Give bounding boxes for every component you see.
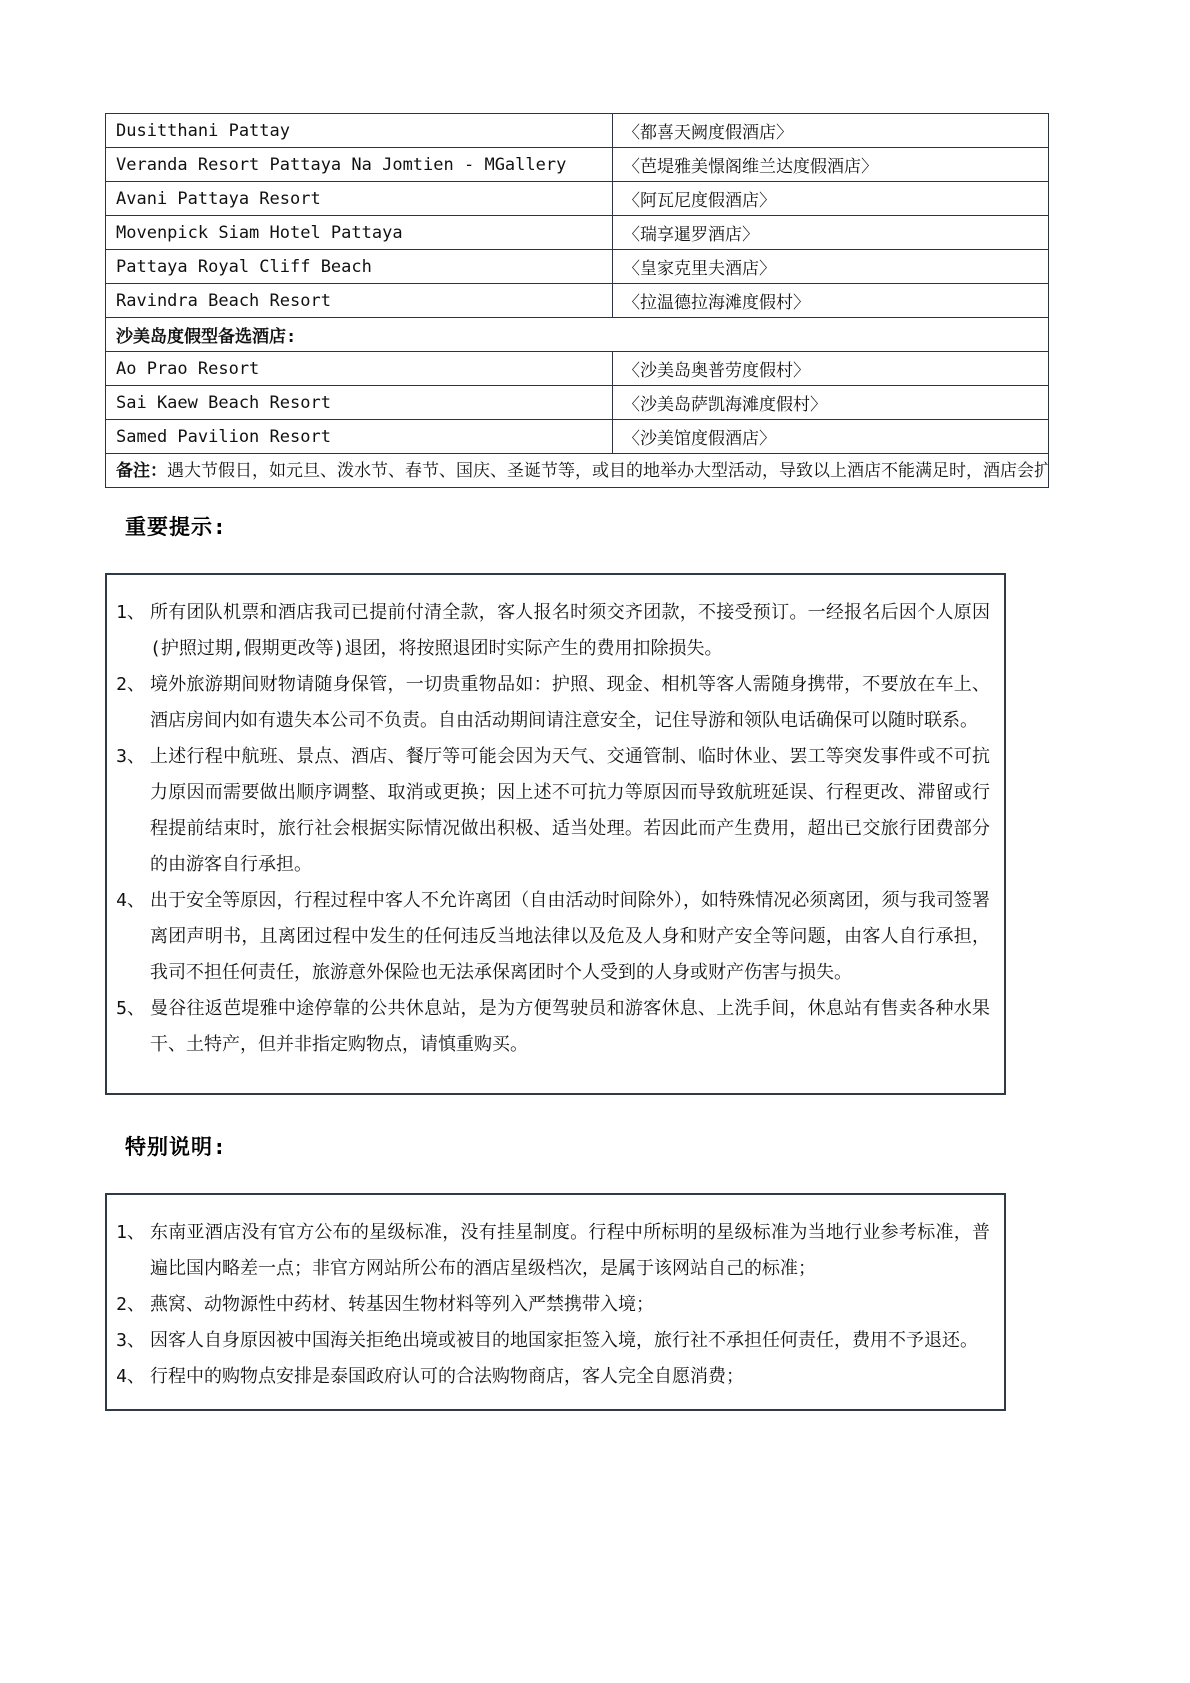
special-notes-title: 特别说明: [125, 1131, 1010, 1161]
note-text: 遇大节假日，如元旦、泼水节、春节、国庆、圣诞节等，或目的地举办大型活动，导致以上… [167, 461, 1049, 481]
hotel-name-cn: 〈都喜天阙度假酒店〉 [613, 114, 1049, 148]
list-item: 1、 所有团队机票和酒店我司已提前付清全款，客人报名时须交齐团款，不接受预订。一… [113, 595, 990, 667]
table-row: Pattaya Royal Cliff Beach 〈皇家克里夫酒店〉 [106, 250, 1049, 284]
item-text: 所有团队机票和酒店我司已提前付清全款，客人报名时须交齐团款，不接受预订。一经报名… [150, 595, 990, 667]
hotel-name-en: Ravindra Beach Resort [106, 284, 613, 318]
hotel-name-en: Avani Pattaya Resort [106, 182, 613, 216]
table-row: Sai Kaew Beach Resort 〈沙美岛萨凯海滩度假村〉 [106, 386, 1049, 420]
note-label: 备注： [116, 461, 167, 481]
hotel-name-cn: 〈沙美岛萨凯海滩度假村〉 [613, 386, 1049, 420]
hotel-name-cn: 〈皇家克里夫酒店〉 [613, 250, 1049, 284]
list-item: 2、 境外旅游期间财物请随身保管，一切贵重物品如：护照、现金、相机等客人需随身携… [113, 667, 990, 739]
table-row: Samed Pavilion Resort 〈沙美馆度假酒店〉 [106, 420, 1049, 454]
item-text: 上述行程中航班、景点、酒店、餐厅等可能会因为天气、交通管制、临时休业、罢工等突发… [150, 739, 990, 883]
item-number: 2、 [113, 1287, 150, 1323]
hotel-name-cn: 〈拉温德拉海滩度假村〉 [613, 284, 1049, 318]
table-row: Movenpick Siam Hotel Pattaya 〈瑞享暹罗酒店〉 [106, 216, 1049, 250]
item-number: 4、 [113, 1359, 150, 1395]
hotel-name-cn: 〈芭堤雅美憬阁维兰达度假酒店〉 [613, 148, 1049, 182]
table-section-header-row: 沙美岛度假型备选酒店: [106, 318, 1049, 352]
important-notice-box: 1、 所有团队机票和酒店我司已提前付清全款，客人报名时须交齐团款，不接受预订。一… [105, 573, 1006, 1095]
item-text: 行程中的购物点安排是泰国政府认可的合法购物商店，客人完全自愿消费； [150, 1359, 990, 1395]
item-text: 燕窝、动物源性中药材、转基因生物材料等列入严禁携带入境； [150, 1287, 990, 1323]
table-row: Ravindra Beach Resort 〈拉温德拉海滩度假村〉 [106, 284, 1049, 318]
item-text: 境外旅游期间财物请随身保管，一切贵重物品如：护照、现金、相机等客人需随身携带，不… [150, 667, 990, 739]
hotel-name-en: Ao Prao Resort [106, 352, 613, 386]
item-number: 3、 [113, 739, 150, 883]
hotel-name-en: Samed Pavilion Resort [106, 420, 613, 454]
hotel-name-en: Dusitthani Pattay [106, 114, 613, 148]
list-item: 4、 出于安全等原因，行程过程中客人不允许离团（自由活动时间除外），如特殊情况必… [113, 883, 990, 991]
note-cell: 备注：遇大节假日，如元旦、泼水节、春节、国庆、圣诞节等，或目的地举办大型活动，导… [106, 454, 1049, 488]
item-number: 3、 [113, 1323, 150, 1359]
list-item: 3、 因客人自身原因被中国海关拒绝出境或被目的地国家拒签入境，旅行社不承担任何责… [113, 1323, 990, 1359]
item-text: 曼谷往返芭堤雅中途停靠的公共休息站，是为方便驾驶员和游客休息、上洗手间，休息站有… [150, 991, 990, 1063]
item-text: 出于安全等原因，行程过程中客人不允许离团（自由活动时间除外），如特殊情况必须离团… [150, 883, 990, 991]
list-item: 5、 曼谷往返芭堤雅中途停靠的公共休息站，是为方便驾驶员和游客休息、上洗手间，休… [113, 991, 990, 1063]
table-note-row: 备注：遇大节假日，如元旦、泼水节、春节、国庆、圣诞节等，或目的地举办大型活动，导… [106, 454, 1049, 488]
item-number: 1、 [113, 1215, 150, 1287]
important-notice-title: 重要提示: [125, 511, 1010, 541]
item-number: 4、 [113, 883, 150, 991]
hotel-name-en: Sai Kaew Beach Resort [106, 386, 613, 420]
table-row: Dusitthani Pattay 〈都喜天阙度假酒店〉 [106, 114, 1049, 148]
hotel-name-en: Pattaya Royal Cliff Beach [106, 250, 613, 284]
hotel-name-cn: 〈沙美馆度假酒店〉 [613, 420, 1049, 454]
item-number: 2、 [113, 667, 150, 739]
document-page: Dusitthani Pattay 〈都喜天阙度假酒店〉 Veranda Res… [0, 0, 1190, 1683]
list-item: 4、 行程中的购物点安排是泰国政府认可的合法购物商店，客人完全自愿消费； [113, 1359, 990, 1395]
hotel-name-en: Veranda Resort Pattaya Na Jomtien - MGal… [106, 148, 613, 182]
hotel-name-en: Movenpick Siam Hotel Pattaya [106, 216, 613, 250]
item-text: 东南亚酒店没有官方公布的星级标准，没有挂星制度。行程中所标明的星级标准为当地行业… [150, 1215, 990, 1287]
hotel-name-cn: 〈瑞享暹罗酒店〉 [613, 216, 1049, 250]
list-item: 2、 燕窝、动物源性中药材、转基因生物材料等列入严禁携带入境； [113, 1287, 990, 1323]
special-notes-box: 1、 东南亚酒店没有官方公布的星级标准，没有挂星制度。行程中所标明的星级标准为当… [105, 1193, 1006, 1411]
table-row: Ao Prao Resort 〈沙美岛奥普劳度假村〉 [106, 352, 1049, 386]
item-number: 5、 [113, 991, 150, 1063]
item-text: 因客人自身原因被中国海关拒绝出境或被目的地国家拒签入境，旅行社不承担任何责任，费… [150, 1323, 990, 1359]
list-item: 3、 上述行程中航班、景点、酒店、餐厅等可能会因为天气、交通管制、临时休业、罢工… [113, 739, 990, 883]
table-row: Avani Pattaya Resort 〈阿瓦尼度假酒店〉 [106, 182, 1049, 216]
hotel-name-cn: 〈阿瓦尼度假酒店〉 [613, 182, 1049, 216]
hotel-name-cn: 〈沙美岛奥普劳度假村〉 [613, 352, 1049, 386]
document-content: Dusitthani Pattay 〈都喜天阙度假酒店〉 Veranda Res… [105, 113, 1010, 1411]
table-row: Veranda Resort Pattaya Na Jomtien - MGal… [106, 148, 1049, 182]
hotel-backup-table: Dusitthani Pattay 〈都喜天阙度假酒店〉 Veranda Res… [105, 113, 1049, 488]
list-item: 1、 东南亚酒店没有官方公布的星级标准，没有挂星制度。行程中所标明的星级标准为当… [113, 1215, 990, 1287]
samed-section-header: 沙美岛度假型备选酒店: [106, 318, 1049, 352]
item-number: 1、 [113, 595, 150, 667]
